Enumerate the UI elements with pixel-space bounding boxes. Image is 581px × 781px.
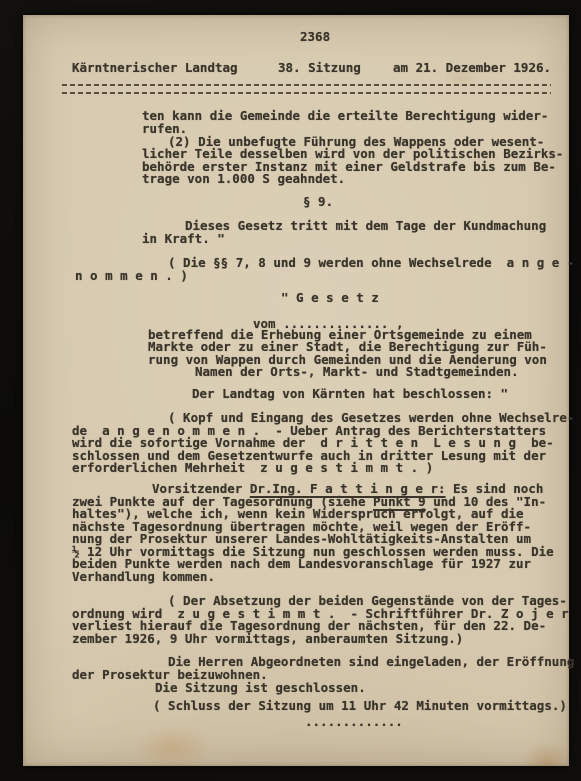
text-line: erforderlichen Mehrheit z u g e s t i m … [72, 462, 433, 475]
text-line: trage von 1.000 S geahndet. [142, 173, 345, 186]
text-line: " G e s e t z [281, 292, 379, 305]
text-line: ten kann die Gemeinde die erteilte Berec… [142, 110, 548, 123]
document-page: 2368 Kärntnerischer Landtag 38. Sitzung … [23, 15, 569, 766]
header-landtag-title: Kärntnerischer Landtag [72, 62, 238, 75]
text-line: ( Schluss der Sitzung um 11 Uhr 42 Minut… [153, 700, 567, 713]
text-line: Dieses Gesetz tritt mit dem Tage der Kun… [185, 220, 546, 233]
text-line: in Kraft. " [142, 233, 225, 246]
text-line: Namen der Orts-, Markt- und Stadtgemeind… [195, 366, 519, 379]
header-divider-dashed-bottom [62, 92, 551, 94]
text-line: ( Die §§ 7, 8 und 9 werden ohne Wechselr… [168, 257, 574, 270]
text-line: Der Landtag von Kärnten hat beschlossen:… [192, 388, 508, 401]
text-line: n o m m e n . ) [75, 270, 188, 283]
text-line: zember 1926, 9 Uhr vormittags, anberaumt… [72, 633, 463, 646]
header-session-date: am 21. Dezember 1926. [393, 62, 551, 75]
header-divider-dashed-top [62, 84, 551, 86]
header-session-number: 38. Sitzung [278, 62, 361, 75]
page-number: 2368 [300, 31, 330, 44]
text-line: Die Sitzung ist geschlossen. [155, 682, 366, 695]
text-line: ............. [305, 716, 403, 729]
text-line: § 9. [303, 196, 333, 209]
text-line: Verhandlung kommen. [72, 571, 215, 584]
